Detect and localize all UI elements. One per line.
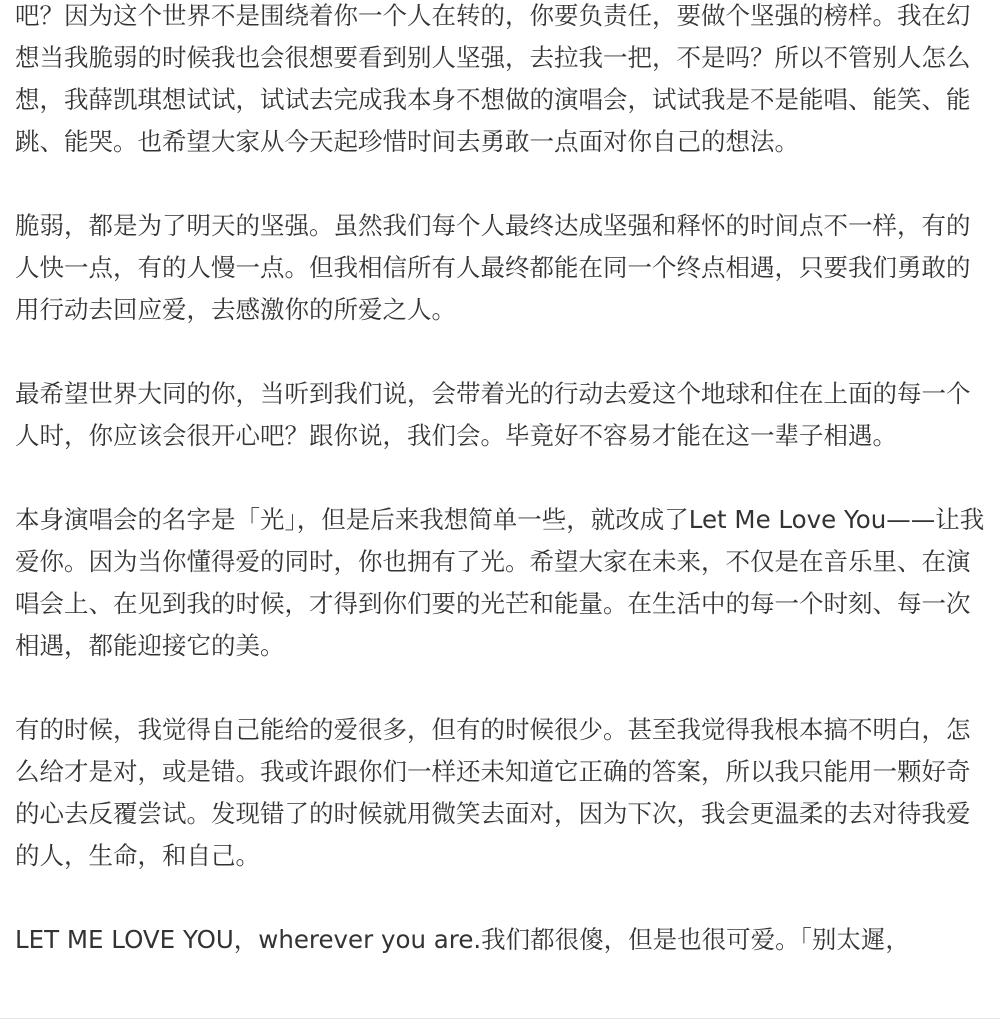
paragraph-giving-love: 有的时候，我觉得自己能给的爱很多，但有的时候很少。甚至我觉得我根本搞不明白，怎么…	[15, 709, 990, 877]
article-body: 吧？因为这个世界不是围绕着你一个人在转的，你要负责任，要做个坚强的榜样。我在幻想…	[15, 0, 990, 1003]
paragraph-concert-name: 本身演唱会的名字是「光」，但是后来我想简单一些，就改成了Let Me Love …	[15, 499, 990, 667]
paragraph-world-harmony: 最希望世界大同的你，当听到我们说，会带着光的行动去爱这个地球和住在上面的每一个人…	[15, 373, 990, 457]
paragraph-responsibility: 吧？因为这个世界不是围绕着你一个人在转的，你要负责任，要做个坚强的榜样。我在幻想…	[15, 0, 990, 163]
paragraph-fragility: 脆弱，都是为了明天的坚强。虽然我们每个人最终达成坚强和释怀的时间点不一样，有的人…	[15, 205, 990, 331]
paragraph-let-me-love-you: LET ME LOVE YOU，wherever you are.我们都很傻，但…	[15, 919, 990, 961]
bottom-divider	[0, 1018, 1000, 1019]
